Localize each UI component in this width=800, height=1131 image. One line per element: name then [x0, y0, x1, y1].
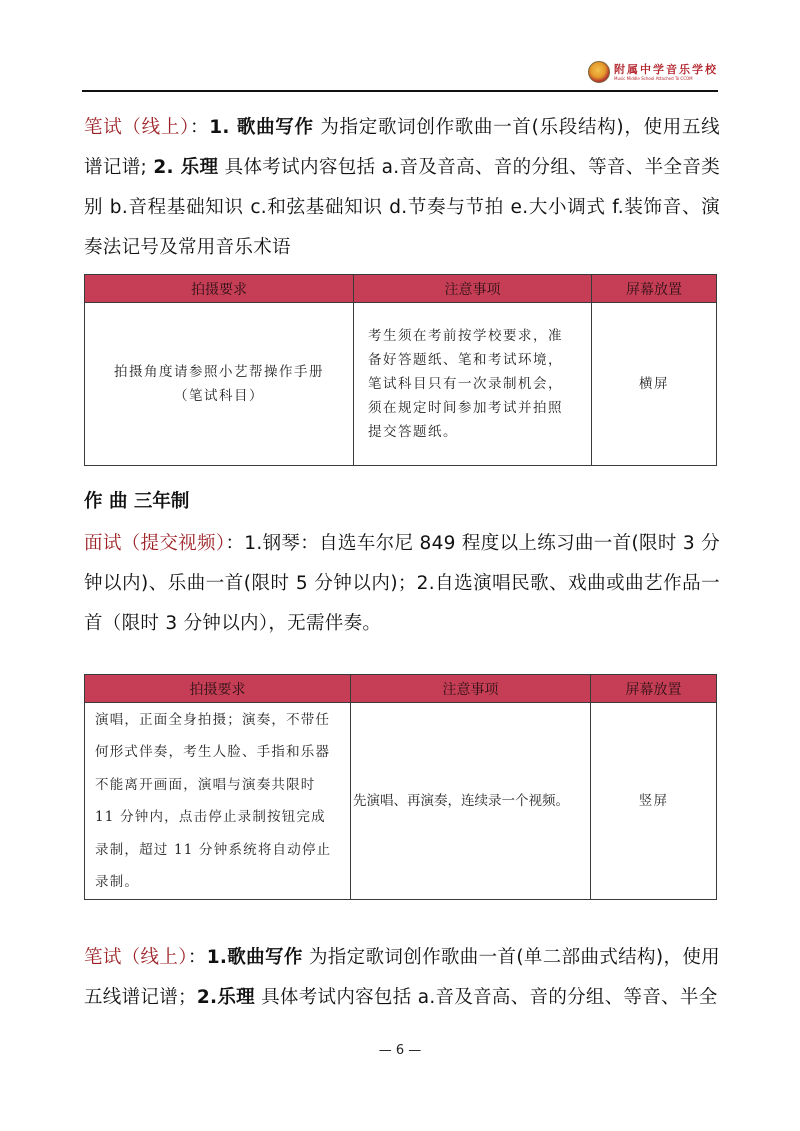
separator: ：: [225, 533, 244, 554]
cell-notes: 先演唱、再演奏，连续录一个视频。: [351, 703, 591, 900]
music-theory-title: 乐理: [181, 157, 219, 178]
table-row: 拍摄角度请参照小艺帮操作手册（笔试科目） 考生须在考前按学校要求，准备好答题纸、…: [85, 303, 717, 466]
item-number: 1.: [209, 117, 237, 138]
cell-notes: 考生须在考前按学校要求，准备好答题纸、笔和考试环境，笔试科目只有一次录制机会，须…: [354, 303, 592, 466]
school-name-en: Music Middle School Attached To CCOM: [614, 77, 718, 81]
school-emblem-icon: [588, 61, 610, 83]
item-number: 1.: [207, 947, 228, 968]
table-header-row: 拍摄要求 注意事项 屏幕放置: [85, 675, 717, 703]
page-number: — 6 —: [0, 1043, 800, 1058]
separator: ：: [188, 947, 207, 968]
spacer: [84, 644, 720, 674]
column-header-shooting: 拍摄要求: [85, 275, 354, 303]
written-exam-paragraph-2: 笔试（线上）：1.歌曲写作 为指定歌词创作歌曲一首(单二部曲式结构)，使用五线谱…: [84, 938, 720, 1018]
interview-label: 面试（提交视频）: [84, 533, 225, 554]
music-theory-text: 具体考试内容包括 a.音及音高、音的分组、等音、半全: [255, 987, 718, 1008]
column-header-notes: 注意事项: [351, 675, 591, 703]
column-header-notes: 注意事项: [354, 275, 592, 303]
school-name-cn: 附属中学音乐学校: [614, 64, 718, 75]
cell-screen: 横屏: [592, 303, 717, 466]
table-header-row: 拍摄要求 注意事项 屏幕放置: [85, 275, 717, 303]
section-title: 作 曲 三年制: [84, 484, 720, 520]
song-writing-title: 歌曲写作: [227, 947, 302, 968]
written-exam-label: 笔试（线上）: [84, 117, 190, 138]
table-row: 演唱，正面全身拍摄；演奏，不带任何形式伴奏，考生人脸、手指和乐器不能离开画面，演…: [85, 703, 717, 900]
item-number: 2.: [197, 987, 218, 1008]
song-writing-title: 歌曲写作: [237, 117, 314, 138]
document-body: 笔试（线上）：1. 歌曲写作 为指定歌词创作歌曲一首(乐段结构)，使用五线谱记谱…: [84, 108, 720, 1018]
school-name: 附属中学音乐学校 Music Middle School Attached To…: [614, 64, 718, 81]
spacer: [84, 900, 720, 938]
music-theory-title: 乐理: [217, 987, 255, 1008]
requirements-table-interview: 拍摄要求 注意事项 屏幕放置 演唱，正面全身拍摄；演奏，不带任何形式伴奏，考生人…: [84, 674, 717, 900]
interview-paragraph: 面试（提交视频）：1.钢琴：自选车尔尼 849 程度以上练习曲一首(限时 3 分…: [84, 524, 720, 644]
school-logo: 附属中学音乐学校 Music Middle School Attached To…: [588, 61, 718, 83]
column-header-screen: 屏幕放置: [592, 275, 717, 303]
item-number: 2.: [153, 157, 180, 178]
column-header-shooting: 拍摄要求: [85, 675, 351, 703]
cell-screen: 竖屏: [591, 703, 717, 900]
written-exam-paragraph: 笔试（线上）：1. 歌曲写作 为指定歌词创作歌曲一首(乐段结构)，使用五线谱记谱…: [84, 108, 720, 268]
page-header: 附属中学音乐学校 Music Middle School Attached To…: [82, 58, 718, 92]
separator: ：: [190, 117, 209, 138]
cell-shooting: 拍摄角度请参照小艺帮操作手册（笔试科目）: [85, 303, 354, 466]
column-header-screen: 屏幕放置: [591, 675, 717, 703]
cell-shooting: 演唱，正面全身拍摄；演奏，不带任何形式伴奏，考生人脸、手指和乐器不能离开画面，演…: [85, 703, 351, 900]
requirements-table-written: 拍摄要求 注意事项 屏幕放置 拍摄角度请参照小艺帮操作手册（笔试科目） 考生须在…: [84, 274, 717, 466]
written-exam-label: 笔试（线上）: [84, 947, 188, 968]
